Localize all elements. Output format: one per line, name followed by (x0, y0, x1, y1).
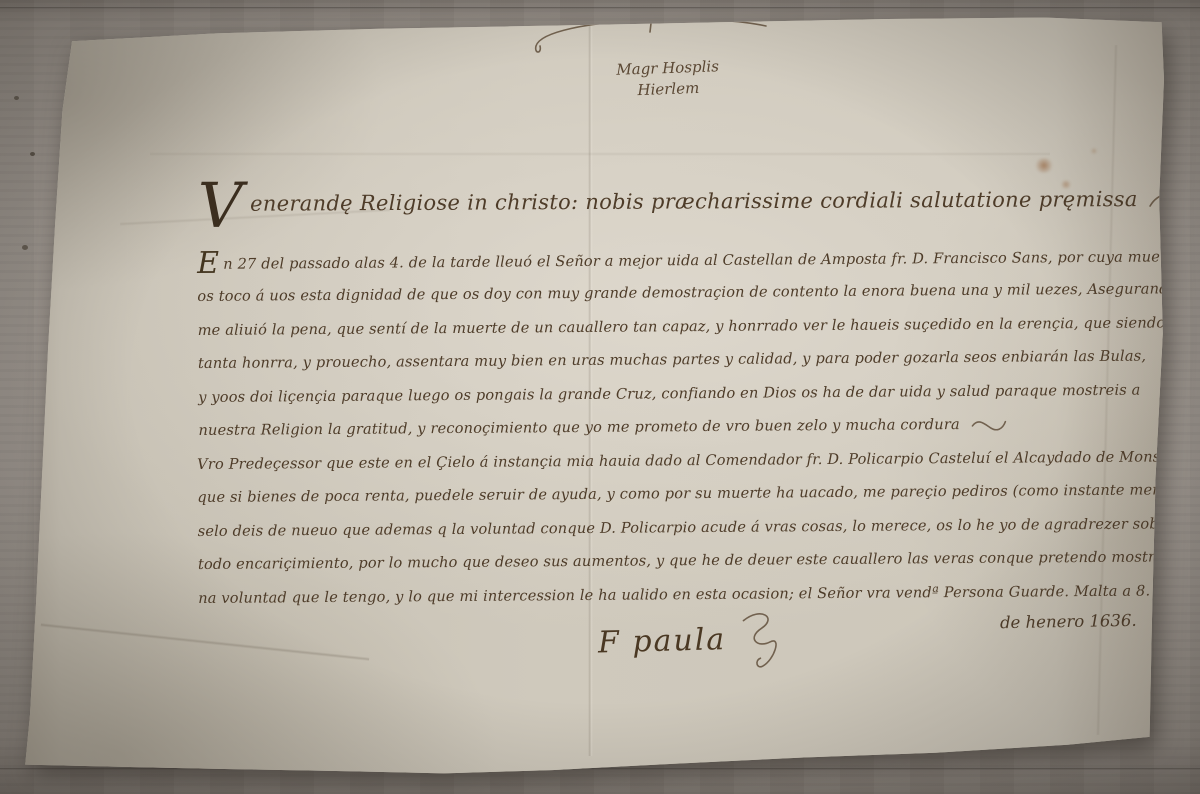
salutation-flourish-icon (1148, 187, 1200, 213)
signature: F paula (597, 608, 787, 677)
paragraph-end-squiggle-icon (970, 416, 1010, 434)
salutation-text: enerandę Religiose in christo: nobis præ… (250, 187, 1138, 216)
manuscript-paper-wrapper: Magr Hosplis Hierlem Venerandę Religiose… (0, 0, 1200, 794)
header-flourish-icon (528, 2, 778, 54)
letter-line: na voluntad que le tengo, y lo que mi in… (198, 574, 1183, 615)
salutation-line: Venerandę Religiose in christo: nobis pr… (198, 187, 1188, 219)
letter-paragraph-2: Vro Predeçessor que este en el Çielo á i… (197, 440, 1183, 615)
paper-speck (22, 245, 28, 250)
drop-cap-initial: V (198, 169, 243, 242)
header-annotation: Magr Hosplis Hierlem (567, 55, 768, 104)
signature-flourish-icon (735, 608, 787, 673)
signature-text: F paula (598, 622, 727, 660)
ink-stain (1034, 158, 1054, 173)
drop-cap-initial: E (197, 246, 219, 281)
letter-line-text: n 27 del passado alas 4. de la tarde lle… (223, 248, 1182, 273)
dateline: de henero 1636. (1000, 611, 1137, 632)
paper-crease (41, 623, 370, 661)
letter-paragraph-1: En 27 del passado alas 4. de la tarde ll… (197, 239, 1184, 447)
paper-crease (150, 152, 1050, 156)
paper-speck (30, 152, 35, 156)
photo-scene: Magr Hosplis Hierlem Venerandę Religiose… (0, 0, 1200, 794)
manuscript-paper: Magr Hosplis Hierlem Venerandę Religiose… (0, 0, 1200, 794)
ink-stain (1090, 148, 1098, 154)
letter-line-text: nuestra Religion la gratitud, y reconoçi… (198, 416, 959, 439)
paper-speck (14, 96, 19, 100)
